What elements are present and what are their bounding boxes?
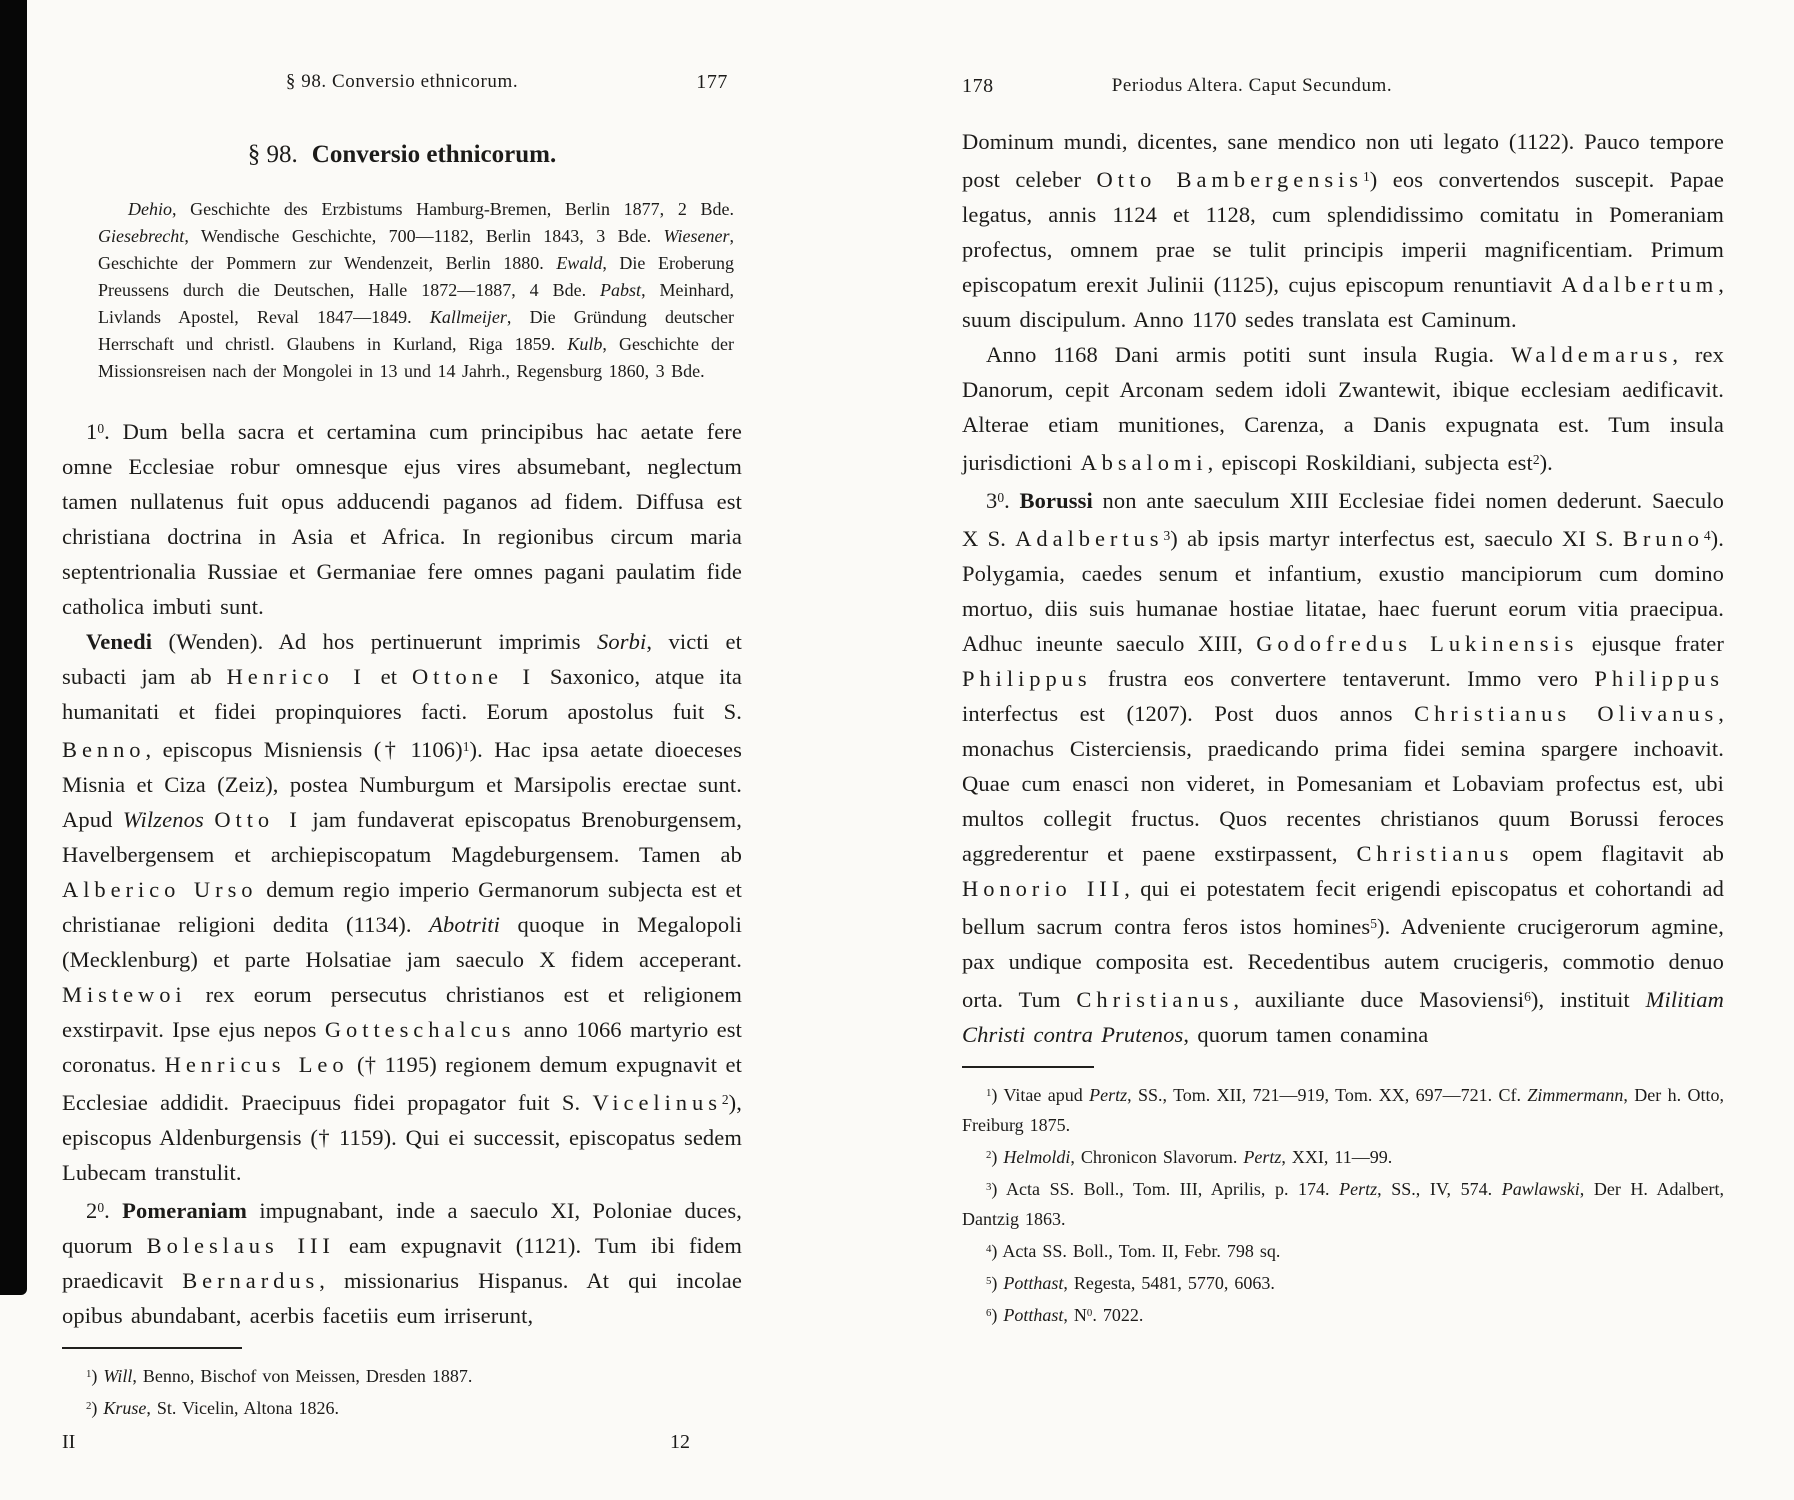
footnote-1: 1) Will, Benno, Bischof von Meissen, Dre…	[62, 1359, 742, 1391]
section-number: § 98.	[248, 141, 298, 168]
footnote-3: 3) Acta SS. Boll., Tom. III, Aprilis, p.…	[962, 1172, 1724, 1234]
right-page-number: 178	[962, 74, 994, 98]
paragraph-borussi: 30. Borussi non ante saeculum XIII Eccle…	[962, 480, 1724, 1052]
footnote-4: 4) Acta SS. Boll., Tom. II, Febr. 798 sq…	[962, 1234, 1724, 1266]
right-body-text: Dominum mundi, dicentes, sane mendico no…	[962, 124, 1724, 1052]
paragraph-venedi: Venedi (Wenden). Ad hos pertinuerunt imp…	[62, 624, 742, 1190]
paragraph-pomeraniam: 20. Pomeraniam impugnabant, inde a saecu…	[62, 1190, 742, 1333]
volume-signature: II	[62, 1429, 75, 1455]
footnote-rule	[962, 1066, 1094, 1068]
footnote-rule	[62, 1347, 242, 1349]
footnote-2: 2) Kruse, St. Vicelin, Altona 1826.	[62, 1391, 742, 1423]
sheet-signature: 12	[670, 1429, 690, 1455]
section-title: Conversio ethnicorum.	[312, 141, 556, 168]
left-footnotes: 1) Will, Benno, Bischof von Meissen, Dre…	[62, 1359, 742, 1423]
book-scan-spread: § 98. Conversio ethnicorum. 177 § 98.Con…	[0, 0, 1794, 1500]
right-footnotes: 1) Vitae apud Pertz, SS., Tom. XII, 721—…	[962, 1078, 1724, 1329]
section-heading: § 98.Conversio ethnicorum.	[62, 140, 742, 170]
left-page: § 98. Conversio ethnicorum. 177 § 98.Con…	[62, 70, 742, 1455]
paragraph-continuation: Dominum mundi, dicentes, sane mendico no…	[962, 124, 1724, 337]
scan-edge-strip	[0, 0, 27, 1295]
left-body-text: 10. Dum bella sacra et certamina cum pri…	[62, 411, 742, 1333]
left-page-number: 177	[696, 70, 728, 94]
right-running-header: 178 Periodus Altera. Caput Secundum.	[962, 74, 1724, 98]
right-page: 178 Periodus Altera. Caput Secundum. Dom…	[962, 74, 1724, 1330]
right-header-title: Periodus Altera. Caput Secundum.	[1112, 74, 1393, 98]
footnote-2: 2) Helmoldi, Chronicon Slavorum. Pertz, …	[962, 1140, 1724, 1172]
footnote-1: 1) Vitae apud Pertz, SS., Tom. XII, 721—…	[962, 1078, 1724, 1140]
left-header-title: § 98. Conversio ethnicorum.	[62, 70, 742, 94]
footnote-5: 5) Potthast, Regesta, 5481, 5770, 6063.	[962, 1266, 1724, 1298]
bibliography-block: Dehio, Geschichte des Erzbistums Hamburg…	[98, 196, 734, 385]
paragraph-anno-1168: Anno 1168 Dani armis potiti sunt insula …	[962, 337, 1724, 480]
paragraph-1: 10. Dum bella sacra et certamina cum pri…	[62, 411, 742, 624]
signature-row: II 12	[62, 1429, 742, 1455]
left-running-header: § 98. Conversio ethnicorum. 177	[62, 70, 742, 94]
footnote-6: 6) Potthast, N0. 7022.	[962, 1298, 1724, 1330]
